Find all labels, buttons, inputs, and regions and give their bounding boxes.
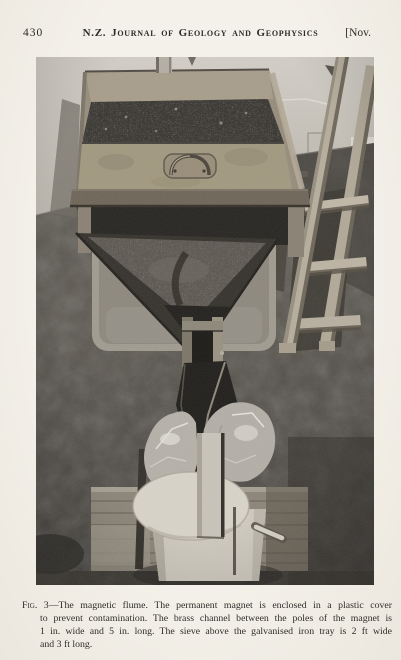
caption-line-4: and 3 ft long.	[40, 638, 392, 651]
figure-label: Fig. 3	[22, 600, 49, 611]
figure-photo	[36, 57, 374, 585]
journal-page-scan: 430 N.Z. Journal of Geology and Geophysi…	[0, 0, 401, 660]
journal-title: N.Z. Journal of Geology and Geophysics	[0, 27, 401, 39]
caption-line-3: 1 in. wide and 5 in. long. The sieve abo…	[40, 625, 392, 638]
caption-text: —The magnetic flume. The permanent magne…	[49, 600, 392, 611]
caption-line-2: to prevent contamination. The brass chan…	[40, 612, 392, 625]
page-header: 430 N.Z. Journal of Geology and Geophysi…	[0, 27, 401, 43]
issue-label: [Nov.	[345, 27, 371, 39]
figure-caption: Fig. 3—The magnetic flume. The permanent…	[22, 599, 392, 651]
caption-line-1: Fig. 3—The magnetic flume. The permanent…	[22, 599, 392, 612]
magnetic-flume-photograph	[36, 57, 374, 585]
